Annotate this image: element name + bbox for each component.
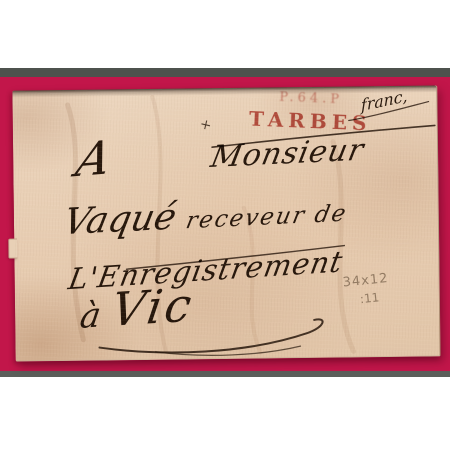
address-prefix-flourish: A bbox=[73, 134, 115, 184]
destination-underline-2 bbox=[156, 346, 301, 356]
addressee-title: receveur de bbox=[184, 200, 350, 234]
pencil-secondary-note: :11 bbox=[359, 291, 379, 305]
postmark-paid-line: P.64.P bbox=[245, 88, 377, 108]
postal-marking: P.64.P TARBES bbox=[244, 88, 378, 135]
product-photo-page: P.64.P TARBES franc, + A Monsieur Vaqué … bbox=[0, 0, 450, 450]
photo-top-frame-band bbox=[0, 68, 450, 77]
antique-letter-cover: P.64.P TARBES franc, + A Monsieur Vaqué … bbox=[12, 85, 440, 361]
photo-bottom-frame-band bbox=[0, 371, 450, 377]
addressee-name: Vaqué bbox=[60, 196, 180, 243]
destination-town: Vic bbox=[108, 277, 198, 337]
postmark-town-name: TARBES bbox=[244, 106, 377, 135]
franc-annotation: franc, bbox=[361, 88, 408, 114]
cross-mark: + bbox=[198, 117, 213, 133]
paper-edge-tab bbox=[8, 239, 17, 259]
pencil-dimensions-note: 34x12 bbox=[342, 272, 389, 289]
addressee-salutation: Monsieur bbox=[208, 135, 366, 173]
destination-line: à Vic bbox=[78, 281, 198, 335]
addressee-name-line: Vaqué receveur de bbox=[60, 191, 351, 241]
